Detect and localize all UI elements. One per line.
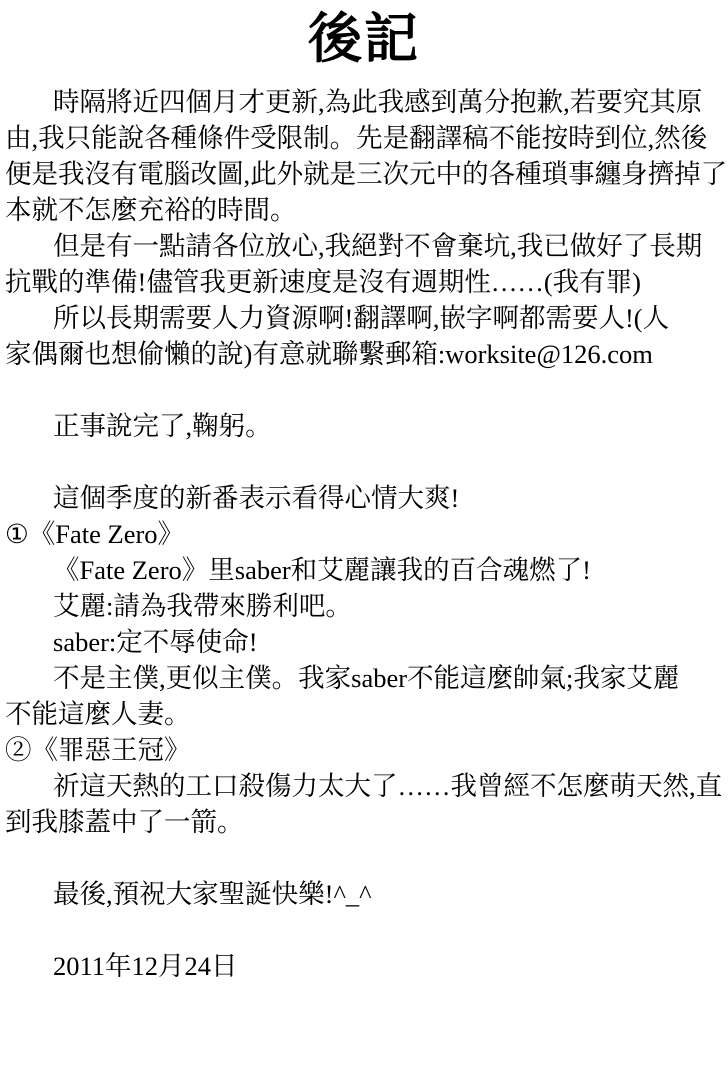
afterword-body: 時隔將近四個月才更新,為此我感到萬分抱歉,若要究其原 由,我只能說各種條件受限制… bbox=[0, 84, 728, 984]
text-line: 這個季度的新番表示看得心情大爽! bbox=[5, 480, 724, 516]
date-line: 2011年12月24日 bbox=[5, 948, 724, 984]
text-line: 到我膝蓋中了一箭。 bbox=[5, 804, 724, 840]
list-item-2: ②《罪惡王冠》 bbox=[5, 732, 724, 768]
text-line: 不能這麼人妻。 bbox=[5, 696, 724, 732]
text-line: 便是我沒有電腦改圖,此外就是三次元中的各種瑣事纏身擠掉了 bbox=[5, 156, 724, 192]
afterword-page: 後記 時隔將近四個月才更新,為此我感到萬分抱歉,若要究其原 由,我只能說各種條件… bbox=[0, 0, 728, 1073]
text-line: 正事說完了,鞠躬。 bbox=[5, 408, 724, 444]
closing-greeting-line: 最後,預祝大家聖誕快樂!^_^ bbox=[5, 876, 724, 912]
text-line: 本就不怎麼充裕的時間。 bbox=[5, 192, 724, 228]
text-line: 由,我只能說各種條件受限制。先是翻譯稿不能按時到位,然後 bbox=[5, 120, 724, 156]
text-line: 時隔將近四個月才更新,為此我感到萬分抱歉,若要究其原 bbox=[5, 84, 724, 120]
text-line: 但是有一點請各位放心,我絕對不會棄坑,我已做好了長期 bbox=[5, 228, 724, 264]
text-line: 不是主僕,更似主僕。我家saber不能這麼帥氣;我家艾麗 bbox=[5, 660, 724, 696]
page-title: 後記 bbox=[0, 0, 728, 70]
list-item-1: ①《Fate Zero》 bbox=[5, 516, 724, 552]
text-line: 祈這天熱的工口殺傷力太大了……我曾經不怎麼萌天然,直 bbox=[5, 768, 724, 804]
text-line: 《Fate Zero》里saber和艾麗讓我的百合魂燃了! bbox=[5, 552, 724, 588]
text-line: 艾麗:請為我帶來勝利吧。 bbox=[5, 588, 724, 624]
text-line: 抗戰的準備!儘管我更新速度是沒有週期性……(我有罪) bbox=[5, 264, 724, 300]
text-line: saber:定不辱使命! bbox=[5, 624, 724, 660]
text-line-with-email: 家偶爾也想偷懶的說)有意就聯繫郵箱:worksite@126.com bbox=[5, 336, 724, 372]
text-line: 所以長期需要人力資源啊!翻譯啊,嵌字啊都需要人!(人 bbox=[5, 300, 724, 336]
